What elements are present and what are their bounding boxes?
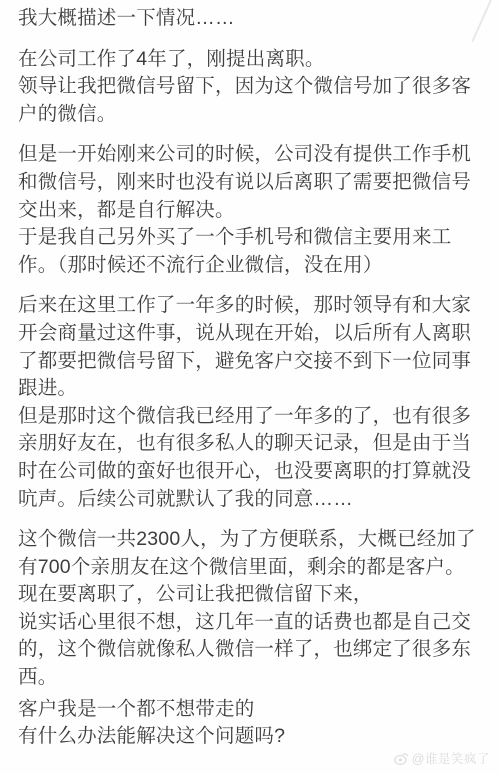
text-line: 开会商量过这件事，说从现在开始，以后所有人离职 — [18, 320, 494, 348]
text-line: 西。 — [18, 664, 494, 692]
text-line: 跟进。 — [18, 375, 494, 403]
text-line: 后来在这里工作了一年多的时候，那时领导有和大家 — [18, 292, 494, 320]
text-line: 了都要把微信号留下，避免客户交接不到下一位同事 — [18, 348, 494, 376]
weibo-watermark: @谁是笑疯了 — [394, 749, 490, 767]
weibo-watermark-icon — [394, 752, 409, 765]
post-text: 我大概描述一下情况……在公司工作了4年了，刚提出离职。领导让我把微信号留下，因为… — [18, 3, 494, 751]
post-screenshot: 我大概描述一下情况……在公司工作了4年了，刚提出离职。领导让我把微信号留下，因为… — [0, 0, 500, 774]
text-line: 说实话心里很不想，这几年一直的话费也都是自己交 — [18, 609, 494, 637]
text-line: 但是那时这个微信我已经用了一年多的了，也有很多 — [18, 403, 494, 431]
paragraph: 后来在这里工作了一年多的时候，那时领导有和大家开会商量过这件事，说从现在开始，以… — [18, 292, 494, 513]
text-line: 作。（那时候还不流行企业微信，没在用） — [18, 252, 494, 280]
text-line: 交出来，都是自行解决。 — [18, 197, 494, 225]
text-line: 现在要离职了，公司让我把微信留下来， — [18, 581, 494, 609]
paragraph: 我大概描述一下情况…… — [18, 5, 494, 33]
text-line: 的，这个微信就像私人微信一样了，也绑定了很多东 — [18, 636, 494, 664]
text-line: 客户我是一个都不想带走的 — [18, 696, 494, 724]
text-line: 领导让我把微信号留下，因为这个微信号加了很多客 — [18, 73, 494, 101]
text-line: 和微信号，刚来时也没有说以后离职了需要把微信号 — [18, 169, 494, 197]
text-line: 有700个亲朋友在这个微信里面，剩余的都是客户。 — [18, 554, 494, 582]
text-line: 但是一开始刚来公司的时候，公司没有提供工作手机 — [18, 141, 494, 169]
paragraph: 这个微信一共2300人，为了方便联系，大概已经加了有700个亲朋友在这个微信里面… — [18, 526, 494, 692]
text-line: 我大概描述一下情况…… — [18, 5, 494, 33]
text-line: 户的微信。 — [18, 101, 494, 129]
text-line: 有什么办法能解决这个问题吗? — [18, 723, 494, 751]
paragraph: 但是一开始刚来公司的时候，公司没有提供工作手机和微信号，刚来时也没有说以后离职了… — [18, 141, 494, 279]
text-line: 于是我自己另外买了一个手机号和微信主要用来工 — [18, 224, 494, 252]
text-line: 这个微信一共2300人，为了方便联系，大概已经加了 — [18, 526, 494, 554]
watermark-handle: @谁是笑疯了 — [412, 749, 490, 767]
paragraph: 客户我是一个都不想带走的有什么办法能解决这个问题吗? — [18, 696, 494, 751]
text-line: 在公司工作了4年了，刚提出离职。 — [18, 46, 494, 74]
text-line: 时在公司做的蛮好也很开心，也没要离职的打算就没 — [18, 458, 494, 486]
text-line: 吭声。后续公司就默认了我的同意…… — [18, 486, 494, 514]
text-line: 亲朋好友在，也有很多私人的聊天记录，但是由于当 — [18, 430, 494, 458]
paragraph: 在公司工作了4年了，刚提出离职。领导让我把微信号留下，因为这个微信号加了很多客户… — [18, 46, 494, 129]
